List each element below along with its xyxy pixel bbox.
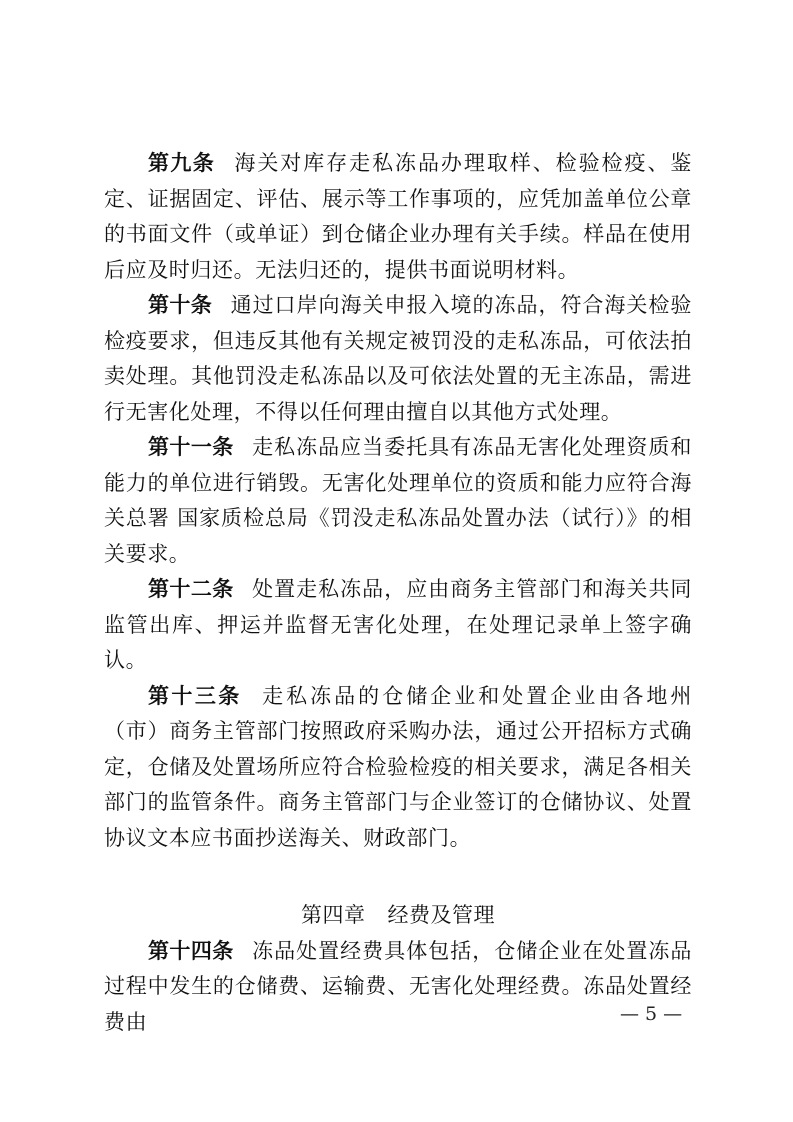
article-label: 第十条 xyxy=(148,293,212,317)
article-label: 第十三条 xyxy=(148,684,242,708)
article-13: 第十三条走私冻品的仓储企业和处置企业由各地州（市）商务主管部门按照政府采购办法，… xyxy=(104,679,692,857)
chapter-title: 经费及管理 xyxy=(388,903,496,927)
article-label: 第九条 xyxy=(148,151,215,175)
article-9: 第九条海关对库存走私冻品办理取样、检验检疫、鉴定、证据固定、评估、展示等工作事项… xyxy=(104,146,692,288)
article-text: 走私冻品的仓储企业和处置企业由各地州（市）商务主管部门按照政府采购办法，通过公开… xyxy=(104,684,692,850)
article-label: 第十二条 xyxy=(148,577,234,601)
article-label: 第十四条 xyxy=(148,939,234,963)
chapter-heading: 第四章经费及管理 xyxy=(104,898,692,934)
article-10: 第十条通过口岸向海关申报入境的冻品，符合海关检验检疫要求，但违反其他有关规定被罚… xyxy=(104,288,692,430)
page-number: — 5 — xyxy=(620,1003,682,1025)
chapter-number: 第四章 xyxy=(301,903,366,927)
article-11: 第十一条走私冻品应当委托具有冻品无害化处理资质和能力的单位进行销毁。无害化处理单… xyxy=(104,430,692,572)
article-14: 第十四条冻品处置经费具体包括，仓储企业在处置冻品过程中发生的仓储费、运输费、无害… xyxy=(104,934,692,1041)
article-label: 第十一条 xyxy=(148,435,234,459)
document-page: 第九条海关对库存走私冻品办理取样、检验检疫、鉴定、证据固定、评估、展示等工作事项… xyxy=(104,146,692,1040)
article-12: 第十二条处置走私冻品，应由商务主管部门和海关共同监管出库、押运并监督无害化处理，… xyxy=(104,572,692,679)
